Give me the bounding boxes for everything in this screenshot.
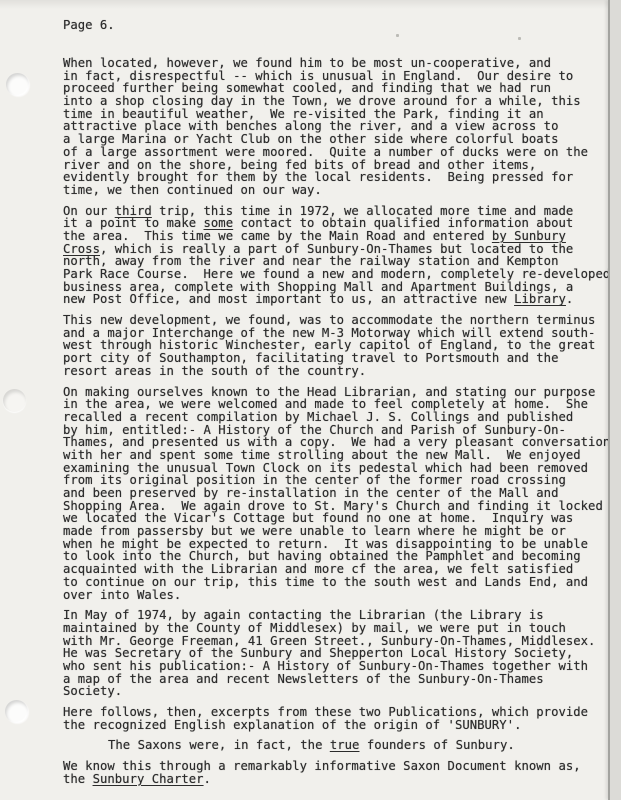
text-segment: founders of Sunbury.	[359, 738, 514, 752]
paragraph-line: the recognized English explanation of th…	[63, 719, 621, 732]
text-segment: resort areas in the south of the country…	[63, 364, 366, 378]
document-body: When located, however, we found him to b…	[63, 57, 621, 793]
paragraph: The Saxons were, in fact, the true found…	[63, 739, 621, 752]
underlined-text: true	[330, 738, 360, 752]
punch-hole-bottom	[5, 700, 28, 723]
text-segment: a map of the area and recent Newsletters…	[63, 672, 544, 686]
paragraph: On making ourselves known to the Head Li…	[63, 386, 621, 602]
paragraph-line: time, we then continued on our way.	[63, 184, 621, 197]
scan-speck	[518, 37, 521, 40]
text-segment: the recognized English explanation of th…	[63, 718, 522, 732]
paragraph-line: The Saxons were, in fact, the true found…	[108, 739, 621, 752]
scan-shadow-top	[0, 0, 621, 9]
paragraph-line: a map of the area and recent Newsletters…	[63, 673, 621, 686]
punch-hole-middle	[3, 389, 26, 412]
paragraph: This new development, we found, was to a…	[63, 314, 621, 377]
text-segment: .	[566, 292, 573, 306]
underlined-text: Sunbury Charter	[93, 772, 204, 786]
paragraph: We know this through a remarkably inform…	[63, 760, 621, 785]
page-number: Page 6.	[63, 19, 115, 32]
text-segment: time, we then continued on our way.	[63, 183, 322, 197]
text-segment: new Post Office, and most important to u…	[63, 292, 514, 306]
scan-speck	[396, 34, 399, 37]
text-segment: the	[63, 772, 93, 786]
scanned-typewritten-page: { "page": { "header": "Page 6.", "paper_…	[0, 0, 621, 800]
paragraph-line: the Sunbury Charter.	[63, 773, 621, 786]
paragraph-line: over into Wales.	[63, 589, 621, 602]
paragraph: In May of 1974, by again contacting the …	[63, 609, 621, 698]
text-segment: Society.	[63, 684, 122, 698]
paragraph: When located, however, we found him to b…	[63, 57, 621, 197]
paragraph-line: resort areas in the south of the country…	[63, 365, 621, 378]
text-segment: The Saxons were, in fact, the	[108, 738, 330, 752]
text-segment: .	[204, 772, 211, 786]
page-right-edge	[608, 0, 621, 800]
text-segment: over into Wales.	[63, 588, 181, 602]
paragraph: Here follows, then, excerpts from these …	[63, 706, 621, 731]
paragraph-line: Society.	[63, 685, 621, 698]
paragraph-line: new Post Office, and most important to u…	[63, 293, 621, 306]
paragraph: On our third trip, this time in 1972, we…	[63, 205, 621, 307]
underlined-text: Library	[514, 292, 566, 306]
punch-hole-top	[6, 73, 29, 96]
